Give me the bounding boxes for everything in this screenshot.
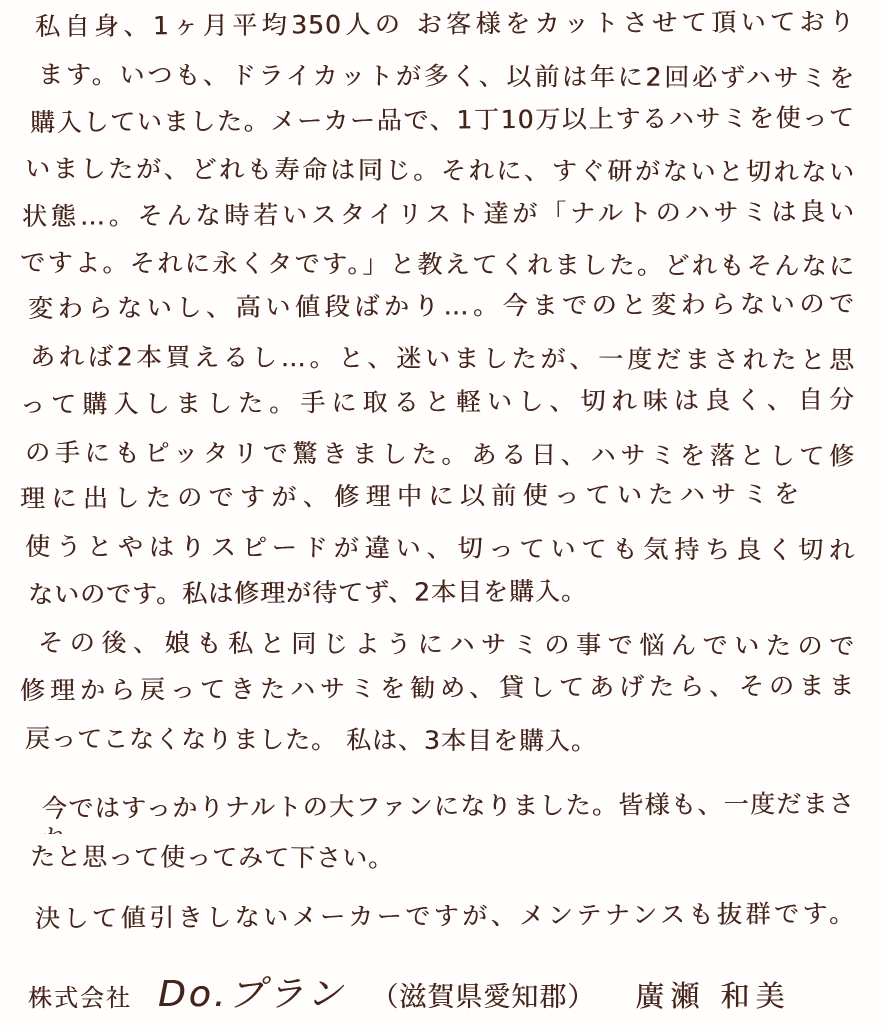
handwritten-line: 戻ってこなくなりました。 私は、3本目を購入。: [25, 724, 597, 756]
handwritten-line: 変わらないし、高い値段ばかり…。今までのと変わらないので: [28, 289, 855, 334]
handwritten-line: ですよ。それに永くタです。」と教えてくれました。どれもそんなに: [20, 248, 855, 292]
handwritten-line: の手にもピッタリで驚きました。ある日、ハサミを落として修: [25, 438, 855, 482]
handwritten-line: 決して値引きしないメーカーですが、メンテナンスも抜群です。: [35, 899, 855, 944]
handwritten-line: あれば2本買えるし…。と、迷いましたが、一度だまされたと思: [30, 342, 855, 386]
handwritten-line: 使うとやはりスピードが違い、切っていても気持ち良く切れ: [25, 532, 855, 576]
handwritten-line: 今ではすっかりナルトの大ファンになりました。皆様も、一度だまされ: [42, 789, 855, 834]
handwritten-line: って購入しました。手に取ると軽いし、切れ味は良く、自分: [20, 385, 855, 430]
signature-line: 株式会社 Do.プラン （滋賀県愛知郡） 廣瀬 和美: [28, 966, 870, 1017]
handwritten-line: その後、娘も私と同じようにハサミの事で悩んでいたので: [38, 628, 855, 672]
handwritten-line: ないのです。私は修理が待てず、2本目を購入。: [28, 577, 587, 610]
handwritten-line: 修理から戻ってきたハサミを勧め、貸してあげたら、そのまま: [20, 671, 855, 716]
handwritten-line: 理に出したのですが、修理中に以前使っていたハサミを: [20, 479, 800, 524]
letter-page: 私自身、1ヶ月平均350人の お客様をカットさせて頂いており ます。いつも、ドラ…: [0, 0, 890, 1028]
signature-location: （滋賀県愛知郡）: [371, 975, 595, 1014]
signature-company-name: Do.プラン: [158, 966, 345, 1017]
handwritten-line: 状態…。そんな時若いスタイリスト達が「ナルトのハサミは良い: [22, 197, 855, 242]
handwritten-line: 私自身、1ヶ月平均350人の お客様をカットさせて頂いており: [35, 7, 855, 52]
handwritten-line: ます。いつも、ドライカットが多く、以前は年に2回必ずハサミを: [38, 60, 855, 104]
handwritten-line: いましたが、どれも寿命は同じ。それに、すぐ研がないと切れない: [25, 154, 855, 198]
handwritten-line: 購入していました。メーカー品で、1丁10万以上するハサミを使って: [30, 103, 855, 148]
signature-author-name: 廣瀬 和美: [635, 974, 790, 1015]
handwritten-line: たと思って使ってみて下さい。: [30, 842, 394, 874]
signature-company-prefix: 株式会社: [28, 978, 132, 1013]
